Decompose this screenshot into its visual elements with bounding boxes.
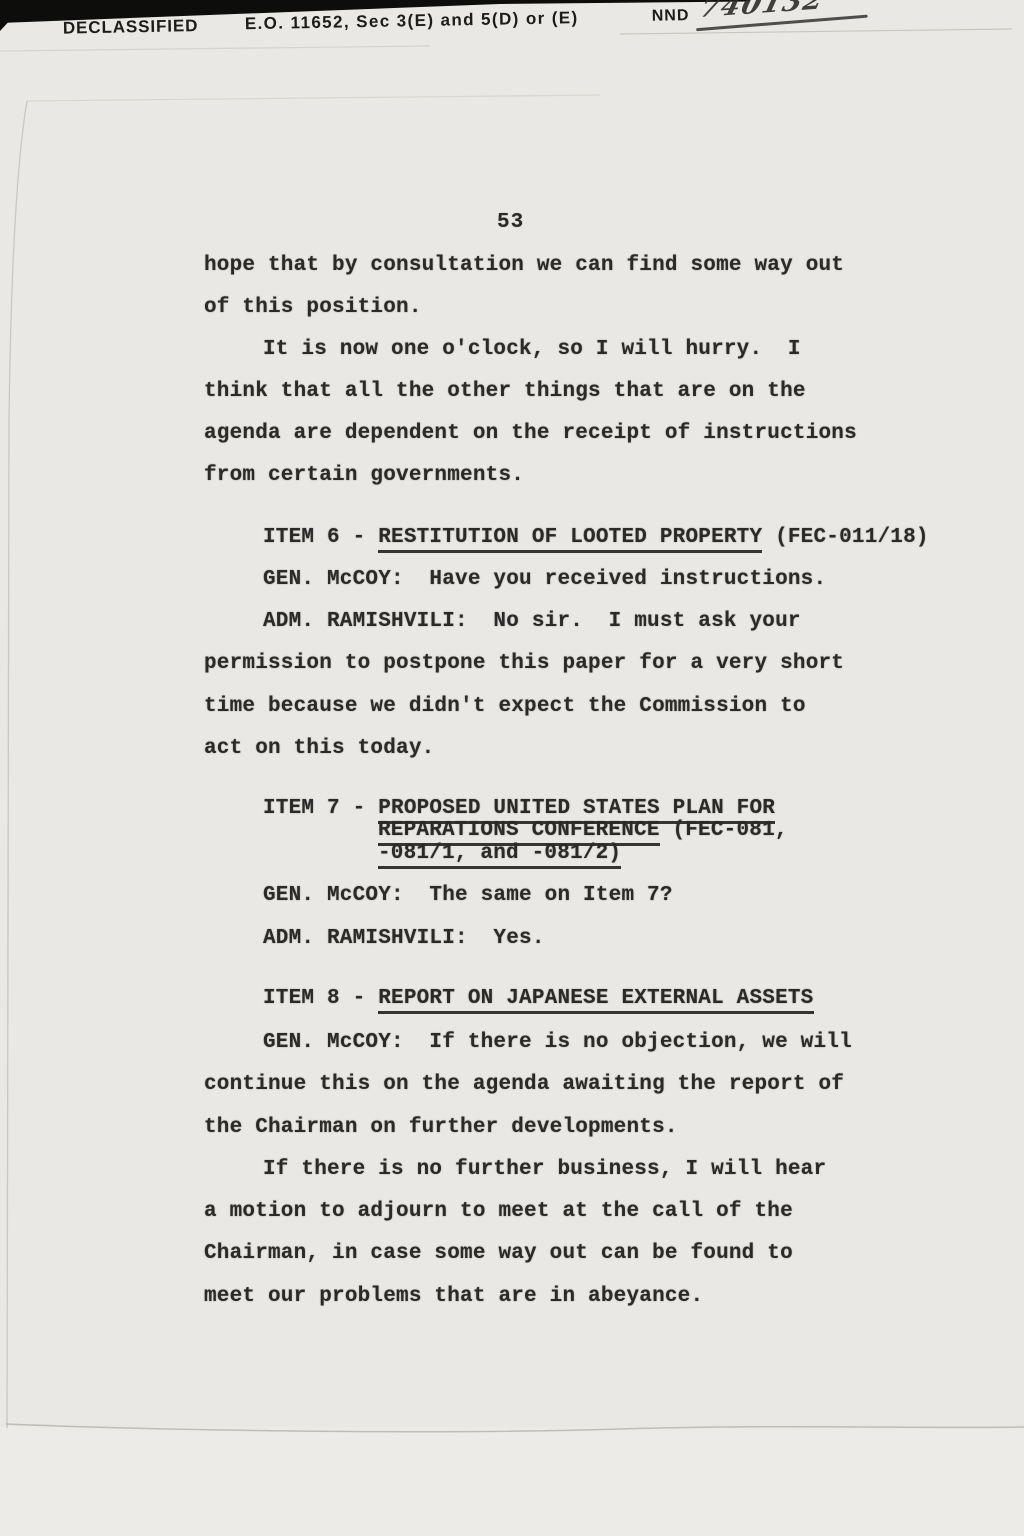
document-line: -081/1, and -081/2) — [378, 843, 621, 865]
document-line: hope that by consultation we can find so… — [204, 255, 844, 277]
typewritten-text: GEN. McCOY: The same on Item 7? — [263, 884, 673, 907]
typewritten-text: ITEM 6 - — [263, 526, 378, 549]
typewritten-text: ADM. RAMISHVILI: No sir. I must ask your — [263, 610, 801, 633]
underlined-heading-text: -081/1, and -081/2) — [378, 842, 621, 869]
document-line: think that all the other things that are… — [204, 381, 806, 403]
document-line: ADM. RAMISHVILI: No sir. I must ask your — [263, 611, 801, 633]
typewritten-text: act on this today. — [204, 737, 434, 760]
typewritten-text: Chairman, in case some way out can be fo… — [204, 1242, 793, 1265]
document-line: of this position. — [204, 297, 422, 319]
document-line: It is now one o'clock, so I will hurry. … — [263, 339, 801, 361]
document-line: from certain governments. — [204, 465, 524, 487]
typewritten-text: ITEM 7 - — [263, 797, 378, 820]
typewritten-text: a motion to adjourn to meet at the call … — [204, 1200, 793, 1223]
typewritten-text: agenda are dependent on the receipt of i… — [204, 422, 857, 445]
typewritten-text: hope that by consultation we can find so… — [204, 254, 844, 277]
document-line: agenda are dependent on the receipt of i… — [204, 423, 857, 445]
typewritten-text: of this position. — [204, 296, 422, 319]
document-line: the Chairman on further developments. — [204, 1117, 678, 1139]
document-line: permission to postpone this paper for a … — [204, 653, 844, 675]
document-line: If there is no further business, I will … — [263, 1159, 826, 1181]
typewritten-text: ITEM 8 - — [263, 987, 378, 1010]
document-line: GEN. McCOY: Have you received instructio… — [263, 569, 826, 591]
document-line: GEN. McCOY: The same on Item 7? — [263, 885, 673, 907]
document-line: time because we didn't expect the Commis… — [204, 696, 806, 718]
typewritten-text: continue this on the agenda awaiting the… — [204, 1073, 844, 1096]
document-line: ITEM 6 - RESTITUTION OF LOOTED PROPERTY … — [263, 527, 929, 549]
scanned-document-page: DECLASSIFIED E.O. 11652, Sec 3(E) and 5(… — [0, 0, 1024, 1536]
document-line: act on this today. — [204, 738, 434, 760]
document-line: ADM. RAMISHVILI: Yes. — [263, 928, 545, 950]
underlined-heading-text: RESTITUTION OF LOOTED PROPERTY — [378, 526, 762, 553]
document-line: a motion to adjourn to meet at the call … — [204, 1201, 793, 1223]
document-lines: hope that by consultation we can find so… — [0, 0, 1024, 1536]
document-line: ITEM 7 - PROPOSED UNITED STATES PLAN FOR — [263, 798, 775, 820]
document-line: continue this on the agenda awaiting the… — [204, 1074, 844, 1096]
document-line: Chairman, in case some way out can be fo… — [204, 1243, 793, 1265]
document-line: REPARATIONS CONFERENCE (FEC-081, — [378, 820, 788, 842]
typewritten-text: from certain governments. — [204, 464, 524, 487]
underlined-heading-text: REPORT ON JAPANESE EXTERNAL ASSETS — [378, 987, 813, 1014]
document-line: meet our problems that are in abeyance. — [204, 1286, 703, 1308]
document-line: GEN. McCOY: If there is no objection, we… — [263, 1032, 852, 1054]
typewritten-text: think that all the other things that are… — [204, 380, 806, 403]
typewritten-text: meet our problems that are in abeyance. — [204, 1285, 703, 1308]
typewritten-text: GEN. McCOY: If there is no objection, we… — [263, 1031, 852, 1054]
typewritten-text: ADM. RAMISHVILI: Yes. — [263, 927, 545, 950]
typewritten-text: time because we didn't expect the Commis… — [204, 695, 806, 718]
typewritten-text: If there is no further business, I will … — [263, 1158, 826, 1181]
typewritten-text: (FEC-081, — [660, 819, 788, 842]
document-line: ITEM 8 - REPORT ON JAPANESE EXTERNAL ASS… — [263, 988, 814, 1010]
typewritten-text: GEN. McCOY: Have you received instructio… — [263, 568, 826, 591]
typewritten-text: the Chairman on further developments. — [204, 1116, 678, 1139]
typewritten-text: It is now one o'clock, so I will hurry. … — [263, 338, 801, 361]
typewritten-text: (FEC-011/18) — [762, 526, 928, 549]
typewritten-text: permission to postpone this paper for a … — [204, 652, 844, 675]
